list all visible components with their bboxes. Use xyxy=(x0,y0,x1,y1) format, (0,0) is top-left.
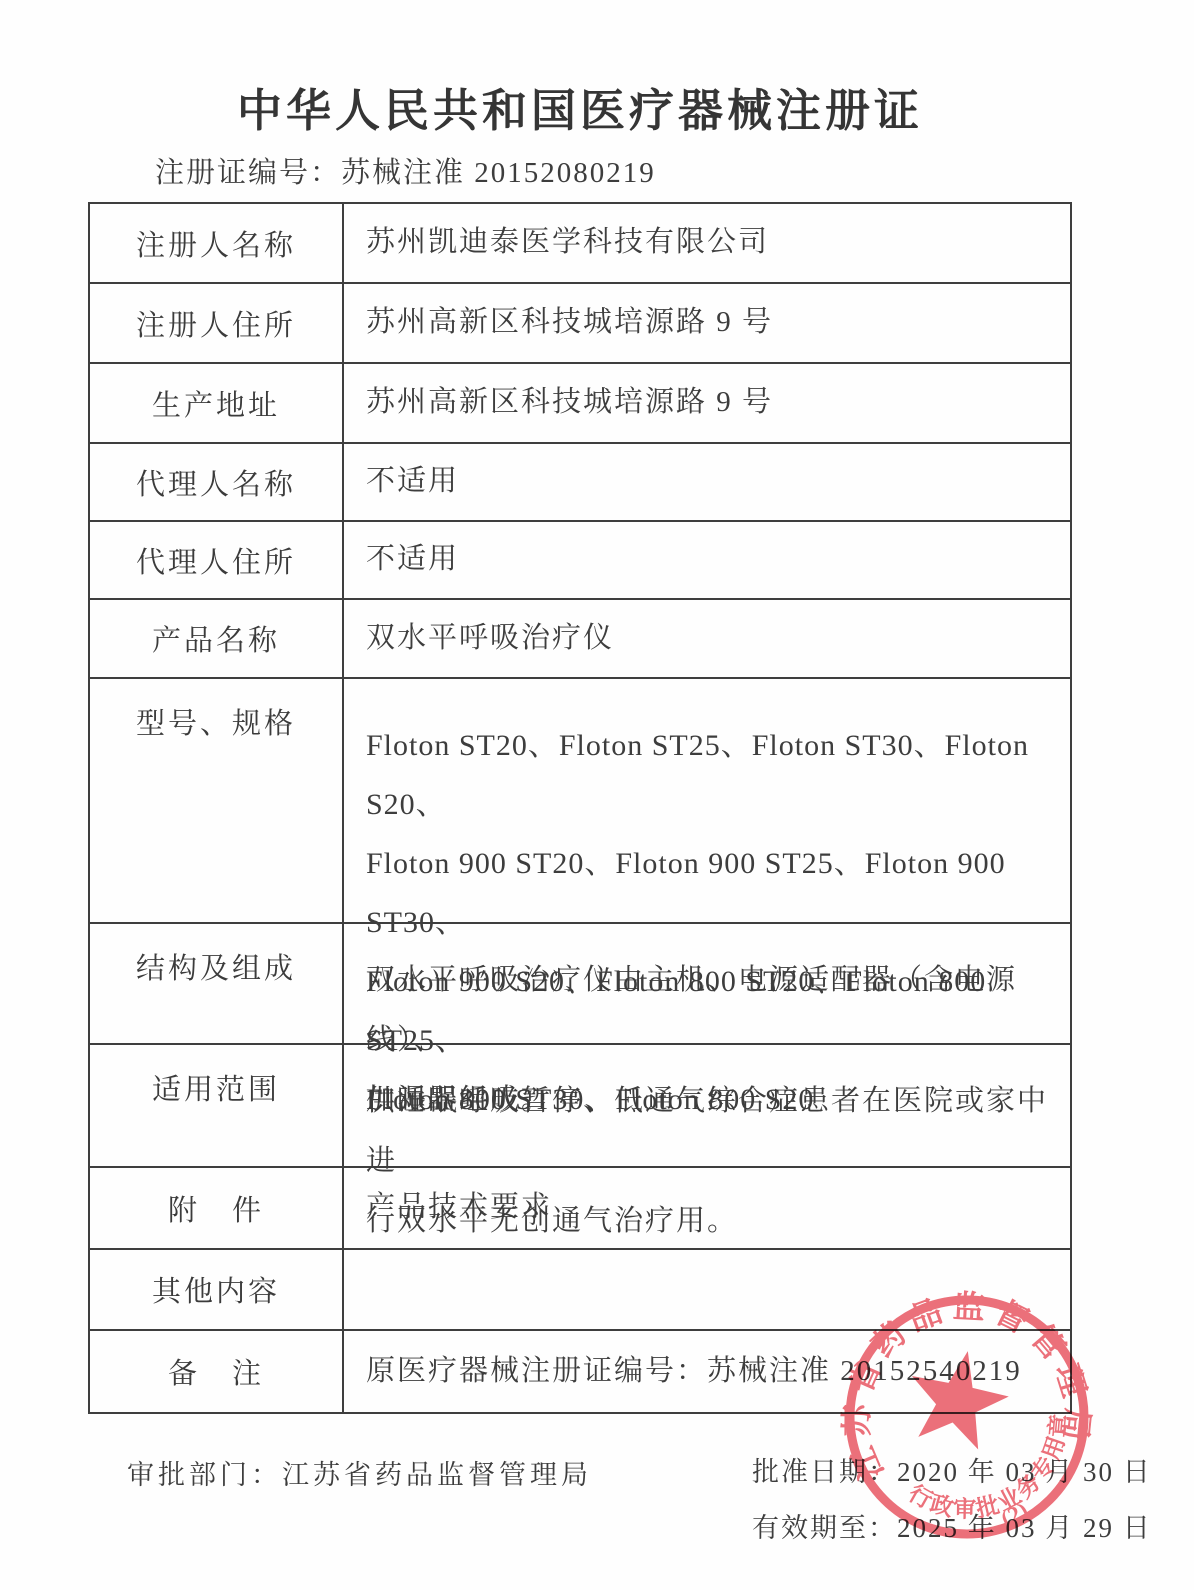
certificate-page: 中华人民共和国医疗器械注册证 注册证编号：苏械注准 20152080219 注册… xyxy=(0,0,1194,1590)
table-row: 注册人名称 苏州凯迪泰医学科技有限公司 xyxy=(90,204,1070,284)
valid-until-date: 有效期至：2025 年 03 月 29 日 xyxy=(752,1506,1152,1545)
table-row: 适用范围 供睡眠呼吸暂停、低通气综合症患者在医院或家中进 行双水平无创通气治疗用… xyxy=(90,1045,1070,1168)
row-label: 结构及组成 xyxy=(90,924,344,1043)
table-row: 注册人住所 苏州高新区科技城培源路 9 号 xyxy=(90,284,1070,364)
row-label: 适用范围 xyxy=(90,1045,344,1166)
registration-number-label: 注册证编号： xyxy=(155,157,341,189)
table-row: 代理人名称 不适用 xyxy=(90,444,1070,522)
row-label: 注册人名称 xyxy=(90,204,344,282)
row-label: 备 注 xyxy=(90,1331,344,1412)
page-title: 中华人民共和国医疗器械注册证 xyxy=(0,74,1160,139)
approval-department: 审批部门：江苏省药品监督管理局 xyxy=(127,1453,592,1492)
row-label: 产品名称 xyxy=(90,600,344,677)
row-value: 苏州高新区科技城培源路 9 号 xyxy=(344,364,1070,442)
row-value: 苏州凯迪泰医学科技有限公司 xyxy=(344,204,1070,282)
row-value: 原医疗器械注册证编号：苏械注准 20152540219 xyxy=(344,1331,1070,1412)
table-row: 其他内容 xyxy=(90,1250,1070,1331)
table-row: 附 件 产品技术要求 xyxy=(90,1168,1070,1250)
row-value: 不适用 xyxy=(344,444,1070,520)
table-row: 产品名称 双水平呼吸治疗仪 xyxy=(90,600,1070,679)
row-label: 注册人住所 xyxy=(90,284,344,362)
row-label: 代理人名称 xyxy=(90,444,344,520)
table-row: 代理人住所 不适用 xyxy=(90,522,1070,600)
row-label: 附 件 xyxy=(90,1168,344,1248)
registration-number-line: 注册证编号：苏械注准 20152080219 xyxy=(155,150,656,191)
row-value: 产品技术要求 xyxy=(344,1168,1070,1248)
row-label: 生产地址 xyxy=(90,364,344,442)
row-value: 不适用 xyxy=(344,522,1070,598)
row-value: 双水平呼吸治疗仪 xyxy=(344,600,1070,677)
certificate-table: 注册人名称 苏州凯迪泰医学科技有限公司 注册人住所 苏州高新区科技城培源路 9 … xyxy=(88,202,1072,1414)
row-label: 代理人住所 xyxy=(90,522,344,598)
table-row: 备 注 原医疗器械注册证编号：苏械注准 20152540219 xyxy=(90,1331,1070,1412)
row-label: 型号、规格 xyxy=(90,679,344,922)
row-value: 双水平呼吸治疗仪由主机、电源适配器（含电源线）、 加湿器组成。 xyxy=(344,924,1070,1043)
row-value: 供睡眠呼吸暂停、低通气综合症患者在医院或家中进 行双水平无创通气治疗用。 xyxy=(344,1045,1070,1166)
row-value: Floton ST20、Floton ST25、Floton ST30、Flot… xyxy=(344,679,1070,922)
table-row: 型号、规格 Floton ST20、Floton ST25、Floton ST3… xyxy=(90,679,1070,924)
table-row: 生产地址 苏州高新区科技城培源路 9 号 xyxy=(90,364,1070,444)
table-row: 结构及组成 双水平呼吸治疗仪由主机、电源适配器（含电源线）、 加湿器组成。 xyxy=(90,924,1070,1045)
row-label: 其他内容 xyxy=(90,1250,344,1329)
row-value: 苏州高新区科技城培源路 9 号 xyxy=(344,284,1070,362)
approval-date: 批准日期：2020 年 03 月 30 日 xyxy=(752,1450,1152,1489)
registration-number-value: 苏械注准 20152080219 xyxy=(341,157,656,189)
row-value xyxy=(344,1250,1070,1329)
